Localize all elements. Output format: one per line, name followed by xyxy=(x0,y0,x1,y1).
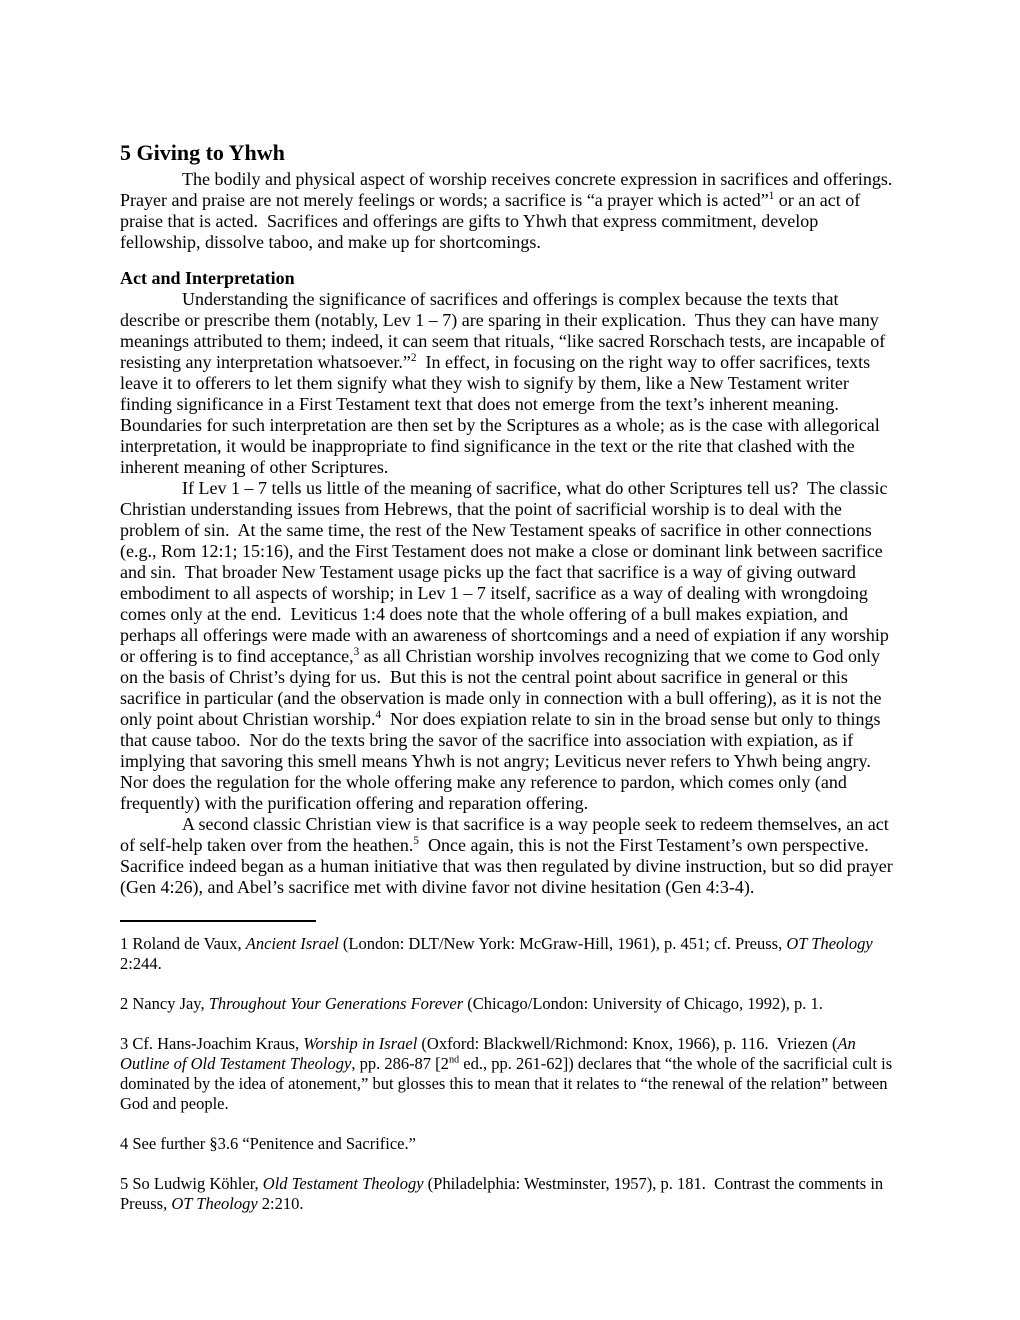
superscript-reference: nd xyxy=(449,1055,459,1066)
text-run: If Lev 1 – 7 tells us little of the mean… xyxy=(120,478,893,666)
document-page: 5 Giving to Yhwh The bodily and physical… xyxy=(0,0,1020,1320)
footnote: 2 Nancy Jay, Throughout Your Generations… xyxy=(120,994,900,1014)
text-run: 2 Nancy Jay, xyxy=(120,994,209,1013)
text-run: (Chicago/London: University of Chicago, … xyxy=(463,994,823,1013)
text-run: 1 Roland de Vaux, xyxy=(120,934,246,953)
footnote-separator xyxy=(120,920,316,922)
intro-paragraphs: The bodily and physical aspect of worshi… xyxy=(120,169,900,253)
italic-text-run: Worship in Israel xyxy=(303,1034,417,1053)
section-heading: Act and Interpretation xyxy=(120,268,900,289)
footnote: 5 So Ludwig Köhler, Old Testament Theolo… xyxy=(120,1174,900,1214)
section-paragraphs: Understanding the significance of sacrif… xyxy=(120,289,900,898)
text-run: , pp. 286-87 [2 xyxy=(351,1054,449,1073)
footnote: 4 See further §3.6 “Penitence and Sacrif… xyxy=(120,1134,900,1154)
text-run: 4 See further §3.6 “Penitence and Sacrif… xyxy=(120,1134,416,1153)
footnote: 3 Cf. Hans-Joachim Kraus, Worship in Isr… xyxy=(120,1034,900,1114)
italic-text-run: OT Theology xyxy=(171,1194,257,1213)
paragraph: The bodily and physical aspect of worshi… xyxy=(120,169,900,253)
paragraph: If Lev 1 – 7 tells us little of the mean… xyxy=(120,478,900,814)
text-run: (Oxford: Blackwell/Richmond: Knox, 1966)… xyxy=(417,1034,837,1053)
document-title: 5 Giving to Yhwh xyxy=(120,140,900,166)
text-run: 5 So Ludwig Köhler, xyxy=(120,1174,263,1193)
paragraph: Understanding the significance of sacrif… xyxy=(120,289,900,478)
italic-text-run: OT Theology xyxy=(786,934,872,953)
footnotes: 1 Roland de Vaux, Ancient Israel (London… xyxy=(120,934,900,1214)
text-run: 2:210. xyxy=(258,1194,304,1213)
paragraph: A second classic Christian view is that … xyxy=(120,814,900,898)
italic-text-run: Ancient Israel xyxy=(246,934,339,953)
footnote: 1 Roland de Vaux, Ancient Israel (London… xyxy=(120,934,900,974)
text-run: 3 Cf. Hans-Joachim Kraus, xyxy=(120,1034,303,1053)
text-run: (London: DLT/New York: McGraw-Hill, 1961… xyxy=(339,934,787,953)
italic-text-run: Throughout Your Generations Forever xyxy=(209,994,463,1013)
italic-text-run: Old Testament Theology xyxy=(263,1174,424,1193)
